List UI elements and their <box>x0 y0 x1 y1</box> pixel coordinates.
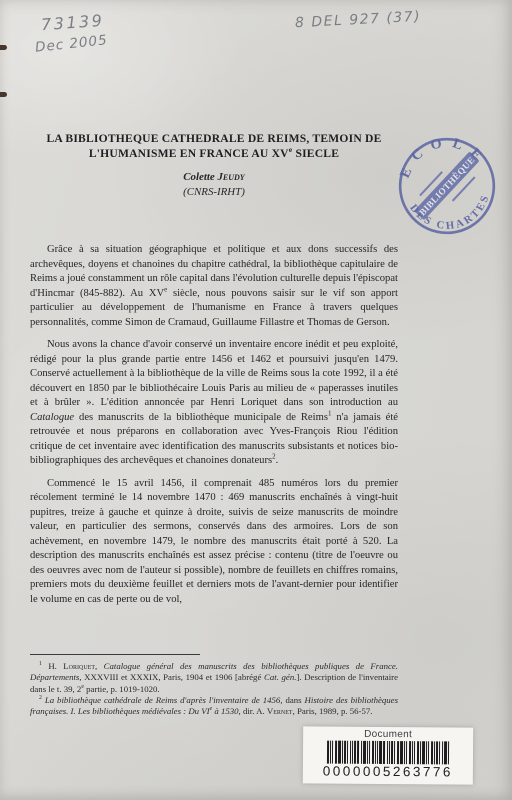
paragraph: Commencé le 15 avril 1456, il comprenait… <box>30 477 398 608</box>
svg-text:ECOLE: ECOLE <box>392 128 492 182</box>
barcode-number: 0000005263776 <box>303 763 473 779</box>
barcode-bars <box>303 740 473 764</box>
scan-edge-mark <box>0 45 7 50</box>
article-title: LA BIBLIOTHEQUE CATHEDRALE DE REIMS, TEM… <box>28 131 400 161</box>
scanned-document-page: 73139 Dec 2005 8 DEL 927 (37) LA BIBLIOT… <box>0 0 512 800</box>
footnote-separator <box>30 654 200 655</box>
handwritten-accession-date: Dec 2005 <box>34 32 108 56</box>
footnotes-section: 1 H. Loriquet, Catalogue général des man… <box>30 654 398 717</box>
handwritten-shelfmark: 8 DEL 927 (37) <box>295 9 422 32</box>
paragraph: Nous avons la chance d'avoir conservé un… <box>30 338 398 469</box>
author-affiliation: (CNRS-IRHT) <box>28 186 400 198</box>
stamp-band-text: BIBLIOTHÈQUE <box>417 155 477 218</box>
handwritten-accession-number: 73139 <box>40 11 105 34</box>
scan-edge-mark <box>0 92 7 97</box>
author-name: Colette Jeudy <box>28 171 400 183</box>
paragraph: Grâce à sa situation géographique et pol… <box>30 243 398 330</box>
article-body: Grâce à sa situation géographique et pol… <box>30 243 398 607</box>
footnote: 1 H. Loriquet, Catalogue général des man… <box>30 661 398 695</box>
barcode-title: Document <box>303 728 473 740</box>
stamp-arc-top-text: ECOLE <box>392 128 492 182</box>
footnote: 2 La bibliothèque cathédrale de Reims d'… <box>30 695 398 718</box>
barcode-label: Document 0000005263776 <box>303 726 473 784</box>
library-stamp: ECOLE DES CHARTES BIBLIOTHÈQUE <box>383 122 511 250</box>
